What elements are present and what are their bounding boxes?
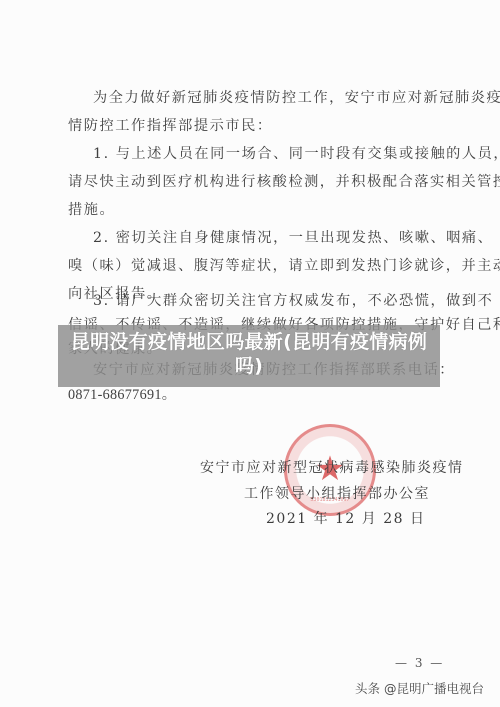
item-2-line1: 2. 密切关注自身健康情况，一旦出现发热、咳嗽、咽痛、 [93, 229, 493, 247]
contact-phone: 0871-68677691。 [68, 386, 176, 404]
item-1-line2: 请尽快主动到医疗机构进行核酸检测，并积极配合落实相关管控 [68, 173, 500, 191]
signature-date: 2021 年 12 月 28 日 [266, 508, 426, 528]
paragraph-intro-line2: 情防控工作指挥部提示市民： [68, 117, 273, 135]
item-3-line1: 3. 请广大群众密切关注官方权威发布，不必恐慌，做到不 [93, 292, 493, 310]
page-number: — 3 — [395, 656, 444, 670]
paragraph-intro-line1: 为全力做好新冠肺炎疫情防控工作，安宁市应对新冠肺炎疫 [93, 89, 500, 107]
item-1-line1: 1. 与上述人员在同一场合、同一时段有交集或接触的人员， [93, 145, 500, 163]
source-watermark: 头条 @昆明广播电视台 [355, 679, 484, 697]
signature-org-line2: 工作领导小组指挥部办公室 [244, 483, 430, 503]
signature-org-line1: 安宁市应对新型冠状病毒感染肺炎疫情 [200, 457, 464, 477]
item-2-line2: 嗅（味）觉减退、腹泻等症状，请立即到发热门诊就诊，并主动 [68, 257, 500, 275]
item-1-line3: 措施。 [68, 201, 115, 219]
article-title: 昆明没有疫情地区吗最新(昆明有疫情病例吗) [58, 325, 440, 387]
